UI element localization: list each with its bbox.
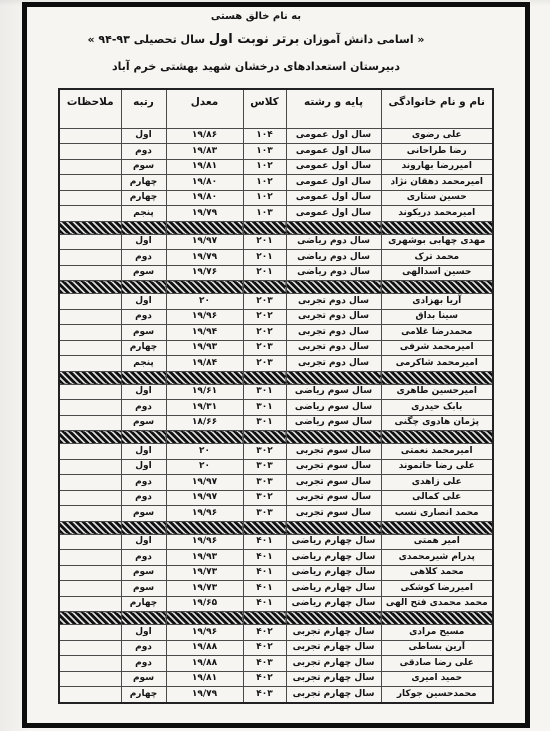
cell-grade-major: سال چهارم تجربی: [286, 640, 381, 656]
separator-cell: [59, 371, 121, 384]
cell-student-name: محمدحسین جوکار: [381, 687, 493, 703]
separator-cell: [121, 371, 166, 384]
separator-cell: [59, 521, 121, 534]
cell-grade-major: سال چهارم ریاضی: [286, 565, 381, 581]
cell-gpa: ۱۹/۶۵: [166, 596, 243, 612]
cell-gpa: ۱۹/۹۶: [166, 506, 243, 522]
cell-grade-major: سال اول عمومی: [286, 144, 381, 160]
cell-grade-major: سال اول عمومی: [286, 175, 381, 191]
separator-cell: [381, 221, 493, 234]
student-row: سینا بداقسال دوم تجربی۲۰۲۱۹/۹۶دوم: [59, 309, 493, 325]
separator-cell: [166, 521, 243, 534]
cell-notes: [59, 625, 121, 641]
cell-notes: [59, 475, 121, 491]
cell-class: ۱۰۲: [243, 190, 286, 206]
cell-grade-major: سال دوم تجربی: [286, 356, 381, 372]
cell-student-name: مهدی چهابی بوشهری: [381, 234, 493, 250]
cell-student-name: امیر همتی: [381, 534, 493, 550]
separator-cell: [59, 221, 121, 234]
cell-grade-major: سال اول عمومی: [286, 206, 381, 222]
cell-notes: [59, 206, 121, 222]
cell-student-name: علی رضا حاتموند: [381, 459, 493, 475]
cell-notes: [59, 400, 121, 416]
separator-cell: [59, 612, 121, 625]
student-row: امیر همتیسال چهارم ریاضی۴۰۱۱۹/۹۶اول: [59, 534, 493, 550]
cell-notes: [59, 325, 121, 341]
separator-cell: [381, 281, 493, 294]
cell-class: ۴۰۳: [243, 687, 286, 703]
cell-gpa: ۱۹/۹۶: [166, 534, 243, 550]
column-header-0: نام و نام خانوادگی: [381, 89, 493, 128]
cell-class: ۴۰۱: [243, 581, 286, 597]
cell-student-name: امیرحسین طاهری: [381, 384, 493, 400]
cell-rank: اول: [121, 459, 166, 475]
group-separator: [59, 612, 493, 625]
cell-student-name: حسین اسدالهی: [381, 265, 493, 281]
cell-notes: [59, 190, 121, 206]
cell-gpa: ۱۹/۷۹: [166, 687, 243, 703]
column-header-3: معدل: [166, 89, 243, 128]
column-header-5: ملاحظات: [59, 89, 121, 128]
cell-class: ۲۰۱: [243, 265, 286, 281]
cell-gpa: ۱۹/۸۰: [166, 175, 243, 191]
cell-notes: [59, 265, 121, 281]
cell-student-name: محمد محمدی فتح الهی: [381, 596, 493, 612]
cell-class: ۳۰۳: [243, 475, 286, 491]
cell-class: ۴۰۱: [243, 550, 286, 566]
cell-grade-major: سال چهارم تجربی: [286, 671, 381, 687]
group-separator: [59, 431, 493, 444]
cell-class: ۲۰۱: [243, 234, 286, 250]
separator-cell: [121, 431, 166, 444]
separator-cell: [166, 431, 243, 444]
cell-rank: پنجم: [121, 206, 166, 222]
cell-grade-major: سال چهارم تجربی: [286, 687, 381, 703]
cell-gpa: ۱۹/۹۳: [166, 340, 243, 356]
cell-notes: [59, 294, 121, 310]
cell-student-name: محمدرضا غلامی: [381, 325, 493, 341]
student-row: آریا بهزادیسال دوم تجربی۲۰۳۲۰اول: [59, 294, 493, 310]
cell-notes: [59, 534, 121, 550]
group-separator: [59, 221, 493, 234]
cell-grade-major: سال چهارم تجربی: [286, 656, 381, 672]
student-row: امیررضا کوشکیسال چهارم ریاضی۴۰۱۱۹/۷۳سوم: [59, 581, 493, 597]
cell-rank: اول: [121, 534, 166, 550]
cell-gpa: ۱۹/۷۹: [166, 250, 243, 266]
cell-gpa: ۱۹/۸۳: [166, 144, 243, 160]
cell-gpa: ۱۹/۷۳: [166, 581, 243, 597]
cell-grade-major: سال دوم تجربی: [286, 340, 381, 356]
separator-cell: [381, 371, 493, 384]
cell-notes: [59, 565, 121, 581]
separator-cell: [243, 221, 286, 234]
cell-student-name: امیرمحمد نعمتی: [381, 444, 493, 460]
separator-cell: [121, 612, 166, 625]
cell-notes: [59, 581, 121, 597]
cell-grade-major: سال چهارم تجربی: [286, 625, 381, 641]
separator-cell: [166, 371, 243, 384]
cell-notes: [59, 144, 121, 160]
cell-grade-major: سال دوم ریاضی: [286, 265, 381, 281]
student-row: علی کمالیسال سوم تجربی۳۰۲۱۹/۹۷دوم: [59, 490, 493, 506]
cell-class: ۱۰۳: [243, 206, 286, 222]
cell-grade-major: سال چهارم ریاضی: [286, 581, 381, 597]
cell-grade-major: سال سوم تجربی: [286, 506, 381, 522]
student-row: محمد انصاری نسبسال سوم تجربی۳۰۳۱۹/۹۶سوم: [59, 506, 493, 522]
cell-class: ۲۰۲: [243, 325, 286, 341]
cell-student-name: امیرمحمد شرفی: [381, 340, 493, 356]
cell-student-name: امیررضا بهاروند: [381, 159, 493, 175]
cell-student-name: آریا بهزادی: [381, 294, 493, 310]
student-row: امیرحسین طاهریسال سوم ریاضی۳۰۱۱۹/۶۱اول: [59, 384, 493, 400]
cell-gpa: ۱۹/۹۶: [166, 625, 243, 641]
student-row: آرین بساطیسال چهارم تجربی۴۰۲۱۹/۸۸دوم: [59, 640, 493, 656]
separator-cell: [166, 221, 243, 234]
student-row: امیرمحمد دریکوندسال اول عمومی۱۰۳۱۹/۷۹پنج…: [59, 206, 493, 222]
cell-student-name: محمد ترک: [381, 250, 493, 266]
cell-gpa: ۱۹/۷۶: [166, 265, 243, 281]
separator-cell: [243, 281, 286, 294]
cell-grade-major: سال سوم ریاضی: [286, 415, 381, 431]
cell-gpa: ۱۹/۸۸: [166, 640, 243, 656]
student-row: محمدرضا غلامیسال دوم تجربی۲۰۲۱۹/۹۴سوم: [59, 325, 493, 341]
cell-class: ۴۰۳: [243, 656, 286, 672]
cell-grade-major: سال اول عمومی: [286, 128, 381, 144]
cell-grade-major: سال دوم ریاضی: [286, 250, 381, 266]
results-table: نام و نام خانوادگیپایه و رشتهکلاسمعدلرتب…: [58, 88, 494, 704]
separator-cell: [286, 612, 381, 625]
cell-student-name: امیرمحمد شاکرمی: [381, 356, 493, 372]
separator-cell: [286, 281, 381, 294]
student-row: محمد ترکسال دوم ریاضی۲۰۱۱۹/۷۹دوم: [59, 250, 493, 266]
cell-grade-major: سال سوم تجربی: [286, 475, 381, 491]
cell-student-name: حسین ستاری: [381, 190, 493, 206]
cell-notes: [59, 384, 121, 400]
cell-notes: [59, 596, 121, 612]
header-row: نام و نام خانوادگیپایه و رشتهکلاسمعدلرتب…: [59, 89, 493, 128]
cell-gpa: ۱۹/۹۷: [166, 490, 243, 506]
cell-grade-major: سال اول عمومی: [286, 190, 381, 206]
cell-rank: سوم: [121, 415, 166, 431]
separator-cell: [286, 371, 381, 384]
cell-class: ۲۰۱: [243, 250, 286, 266]
cell-class: ۳۰۱: [243, 384, 286, 400]
cell-class: ۱۰۲: [243, 175, 286, 191]
cell-rank: اول: [121, 128, 166, 144]
student-row: پژمان هادوی چگنیسال سوم ریاضی۳۰۱۱۸/۶۶سوم: [59, 415, 493, 431]
group-separator: [59, 521, 493, 534]
cell-class: ۲۰۳: [243, 340, 286, 356]
separator-cell: [243, 612, 286, 625]
cell-gpa: ۲۰: [166, 444, 243, 460]
separator-cell: [286, 521, 381, 534]
cell-rank: سوم: [121, 265, 166, 281]
student-row: مسیح مرادیسال چهارم تجربی۴۰۲۱۹/۹۶اول: [59, 625, 493, 641]
student-row: محمد کلاهیسال چهارم ریاضی۴۰۱۱۹/۷۳سوم: [59, 565, 493, 581]
cell-student-name: حمید امیری: [381, 671, 493, 687]
cell-notes: [59, 459, 121, 475]
separator-cell: [59, 431, 121, 444]
table-header: نام و نام خانوادگیپایه و رشتهکلاسمعدلرتب…: [59, 89, 493, 128]
separator-cell: [59, 281, 121, 294]
cell-rank: اول: [121, 384, 166, 400]
cell-rank: سوم: [121, 671, 166, 687]
cell-student-name: مسیح مرادی: [381, 625, 493, 641]
column-header-1: پایه و رشته: [286, 89, 381, 128]
cell-notes: [59, 687, 121, 703]
cell-student-name: پدرام شیرمحمدی: [381, 550, 493, 566]
cell-class: ۴۰۱: [243, 565, 286, 581]
table-body: علی رضویسال اول عمومی۱۰۴۱۹/۸۶اولرضا طراح…: [59, 128, 493, 703]
cell-notes: [59, 250, 121, 266]
cell-gpa: ۱۹/۳۱: [166, 400, 243, 416]
cell-notes: [59, 671, 121, 687]
cell-rank: چهارم: [121, 687, 166, 703]
document-headings: به نام خالق هستی « اسامی دانش آموزان برت…: [36, 0, 476, 86]
cell-class: ۳۰۲: [243, 490, 286, 506]
cell-gpa: ۱۹/۸۱: [166, 671, 243, 687]
student-row: امیرمحمد دهقان نژادسال اول عمومی۱۰۲۱۹/۸۰…: [59, 175, 493, 191]
separator-cell: [121, 221, 166, 234]
cell-notes: [59, 159, 121, 175]
cell-gpa: ۱۹/۸۸: [166, 656, 243, 672]
cell-rank: سوم: [121, 581, 166, 597]
cell-rank: چهارم: [121, 175, 166, 191]
cell-class: ۴۰۲: [243, 640, 286, 656]
student-row: امیرمحمد نعمتیسال سوم تجربی۳۰۲۲۰اول: [59, 444, 493, 460]
separator-cell: [381, 612, 493, 625]
cell-gpa: ۱۹/۹۷: [166, 234, 243, 250]
cell-rank: دوم: [121, 250, 166, 266]
cell-grade-major: سال سوم تجربی: [286, 444, 381, 460]
cell-class: ۳۰۲: [243, 444, 286, 460]
title-pre: « اسامی دانش آموزان: [303, 33, 424, 46]
cell-rank: اول: [121, 625, 166, 641]
cell-rank: دوم: [121, 656, 166, 672]
cell-student-name: علی رضوی: [381, 128, 493, 144]
cell-student-name: رضا طراحانی: [381, 144, 493, 160]
cell-grade-major: سال سوم تجربی: [286, 459, 381, 475]
student-row: پدرام شیرمحمدیسال چهارم ریاضی۴۰۱۱۹/۹۳دوم: [59, 550, 493, 566]
cell-student-name: علی رضا صادقی: [381, 656, 493, 672]
cell-rank: سوم: [121, 159, 166, 175]
school-name: دبیرستان استعدادهای درخشان شهید بهشتی خر…: [36, 60, 476, 73]
cell-rank: دوم: [121, 400, 166, 416]
cell-grade-major: سال چهارم ریاضی: [286, 550, 381, 566]
cell-rank: چهارم: [121, 340, 166, 356]
cell-class: ۴۰۲: [243, 671, 286, 687]
cell-rank: سوم: [121, 565, 166, 581]
cell-student-name: پژمان هادوی چگنی: [381, 415, 493, 431]
cell-class: ۴۰۱: [243, 534, 286, 550]
student-row: علی رضویسال اول عمومی۱۰۴۱۹/۸۶اول: [59, 128, 493, 144]
bismillah-line: به نام خالق هستی: [36, 11, 476, 22]
cell-class: ۲۰۳: [243, 294, 286, 310]
cell-notes: [59, 506, 121, 522]
cell-grade-major: سال دوم تجربی: [286, 294, 381, 310]
cell-gpa: ۱۹/۹۳: [166, 550, 243, 566]
student-row: علی زاهدیسال سوم تجربی۳۰۳۱۹/۹۷دوم: [59, 475, 493, 491]
cell-notes: [59, 234, 121, 250]
cell-gpa: ۱۹/۸۴: [166, 356, 243, 372]
student-row: رضا طراحانیسال اول عمومی۱۰۳۱۹/۸۳دوم: [59, 144, 493, 160]
cell-rank: دوم: [121, 475, 166, 491]
cell-student-name: سینا بداق: [381, 309, 493, 325]
cell-rank: چهارم: [121, 190, 166, 206]
cell-class: ۲۰۲: [243, 309, 286, 325]
cell-student-name: امیررضا کوشکی: [381, 581, 493, 597]
cell-notes: [59, 309, 121, 325]
cell-gpa: ۱۹/۹۶: [166, 309, 243, 325]
cell-student-name: محمد کلاهی: [381, 565, 493, 581]
cell-class: ۱۰۴: [243, 128, 286, 144]
cell-notes: [59, 415, 121, 431]
title-emphasis: برتر نوبت اول: [209, 32, 299, 47]
cell-gpa: ۱۹/۷۹: [166, 206, 243, 222]
cell-gpa: ۱۹/۹۷: [166, 475, 243, 491]
column-header-2: کلاس: [243, 89, 286, 128]
cell-notes: [59, 490, 121, 506]
separator-cell: [381, 431, 493, 444]
cell-student-name: محمد انصاری نسب: [381, 506, 493, 522]
student-row: محمدحسین جوکارسال چهارم تجربی۴۰۳۱۹/۷۹چها…: [59, 687, 493, 703]
cell-notes: [59, 656, 121, 672]
cell-class: ۳۰۱: [243, 400, 286, 416]
separator-cell: [286, 221, 381, 234]
scanned-page: به نام خالق هستی « اسامی دانش آموزان برت…: [0, 0, 550, 731]
cell-rank: دوم: [121, 490, 166, 506]
cell-gpa: ۱۸/۶۶: [166, 415, 243, 431]
cell-notes: [59, 550, 121, 566]
cell-student-name: امیرمحمد دریکوند: [381, 206, 493, 222]
group-separator: [59, 371, 493, 384]
cell-notes: [59, 640, 121, 656]
cell-student-name: بابک حیدری: [381, 400, 493, 416]
cell-class: ۴۰۱: [243, 596, 286, 612]
cell-gpa: ۱۹/۸۱: [166, 159, 243, 175]
cell-notes: [59, 128, 121, 144]
title-post: سال تحصیلی ۹۳-۹۴ »: [87, 33, 205, 46]
separator-cell: [166, 612, 243, 625]
cell-class: ۳۰۱: [243, 415, 286, 431]
document-title: « اسامی دانش آموزان برتر نوبت اول سال تح…: [36, 32, 476, 47]
cell-gpa: ۲۰: [166, 294, 243, 310]
cell-grade-major: سال سوم تجربی: [286, 490, 381, 506]
cell-student-name: علی کمالی: [381, 490, 493, 506]
cell-grade-major: سال دوم تجربی: [286, 309, 381, 325]
cell-class: ۳۰۳: [243, 506, 286, 522]
cell-gpa: ۱۹/۶۱: [166, 384, 243, 400]
separator-cell: [166, 281, 243, 294]
cell-notes: [59, 340, 121, 356]
separator-cell: [121, 281, 166, 294]
student-row: محمد محمدی فتح الهیسال چهارم ریاضی۴۰۱۱۹/…: [59, 596, 493, 612]
student-row: مهدی چهابی بوشهریسال دوم ریاضی۲۰۱۱۹/۹۷او…: [59, 234, 493, 250]
cell-rank: سوم: [121, 325, 166, 341]
cell-student-name: علی زاهدی: [381, 475, 493, 491]
student-row: حسین ستاریسال اول عمومی۱۰۲۱۹/۸۰چهارم: [59, 190, 493, 206]
cell-class: ۱۰۲: [243, 159, 286, 175]
cell-grade-major: سال سوم ریاضی: [286, 400, 381, 416]
cell-gpa: ۱۹/۹۴: [166, 325, 243, 341]
cell-rank: چهارم: [121, 596, 166, 612]
cell-grade-major: سال چهارم ریاضی: [286, 534, 381, 550]
group-separator: [59, 281, 493, 294]
student-row: امیرمحمد شرفیسال دوم تجربی۲۰۳۱۹/۹۳چهارم: [59, 340, 493, 356]
cell-gpa: ۱۹/۸۰: [166, 190, 243, 206]
cell-class: ۳۰۳: [243, 459, 286, 475]
cell-rank: اول: [121, 294, 166, 310]
cell-rank: دوم: [121, 309, 166, 325]
cell-rank: سوم: [121, 506, 166, 522]
student-row: امیررضا بهاروندسال اول عمومی۱۰۲۱۹/۸۱سوم: [59, 159, 493, 175]
cell-rank: دوم: [121, 550, 166, 566]
cell-notes: [59, 356, 121, 372]
cell-gpa: ۱۹/۸۶: [166, 128, 243, 144]
cell-rank: پنجم: [121, 356, 166, 372]
student-row: علی رضا حاتموندسال سوم تجربی۳۰۳۲۰اول: [59, 459, 493, 475]
student-row: حمید امیریسال چهارم تجربی۴۰۲۱۹/۸۱سوم: [59, 671, 493, 687]
cell-rank: دوم: [121, 640, 166, 656]
student-row: علی رضا صادقیسال چهارم تجربی۴۰۳۱۹/۸۸دوم: [59, 656, 493, 672]
separator-cell: [381, 521, 493, 534]
cell-rank: اول: [121, 444, 166, 460]
cell-rank: اول: [121, 234, 166, 250]
separator-cell: [243, 521, 286, 534]
cell-grade-major: سال دوم ریاضی: [286, 234, 381, 250]
column-header-4: رتبه: [121, 89, 166, 128]
cell-grade-major: سال چهارم ریاضی: [286, 596, 381, 612]
separator-cell: [121, 521, 166, 534]
cell-rank: دوم: [121, 144, 166, 160]
student-row: بابک حیدریسال سوم ریاضی۳۰۱۱۹/۳۱دوم: [59, 400, 493, 416]
student-row: امیرمحمد شاکرمیسال دوم تجربی۲۰۳۱۹/۸۴پنجم: [59, 356, 493, 372]
cell-notes: [59, 175, 121, 191]
student-row: حسین اسدالهیسال دوم ریاضی۲۰۱۱۹/۷۶سوم: [59, 265, 493, 281]
cell-grade-major: سال اول عمومی: [286, 159, 381, 175]
cell-grade-major: سال دوم تجربی: [286, 325, 381, 341]
cell-class: ۲۰۳: [243, 356, 286, 372]
separator-cell: [243, 371, 286, 384]
cell-student-name: امیرمحمد دهقان نژاد: [381, 175, 493, 191]
separator-cell: [243, 431, 286, 444]
cell-student-name: آرین بساطی: [381, 640, 493, 656]
cell-gpa: ۲۰: [166, 459, 243, 475]
cell-grade-major: سال سوم ریاضی: [286, 384, 381, 400]
cell-class: ۴۰۲: [243, 625, 286, 641]
cell-notes: [59, 444, 121, 460]
cell-class: ۱۰۳: [243, 144, 286, 160]
separator-cell: [286, 431, 381, 444]
cell-gpa: ۱۹/۷۳: [166, 565, 243, 581]
